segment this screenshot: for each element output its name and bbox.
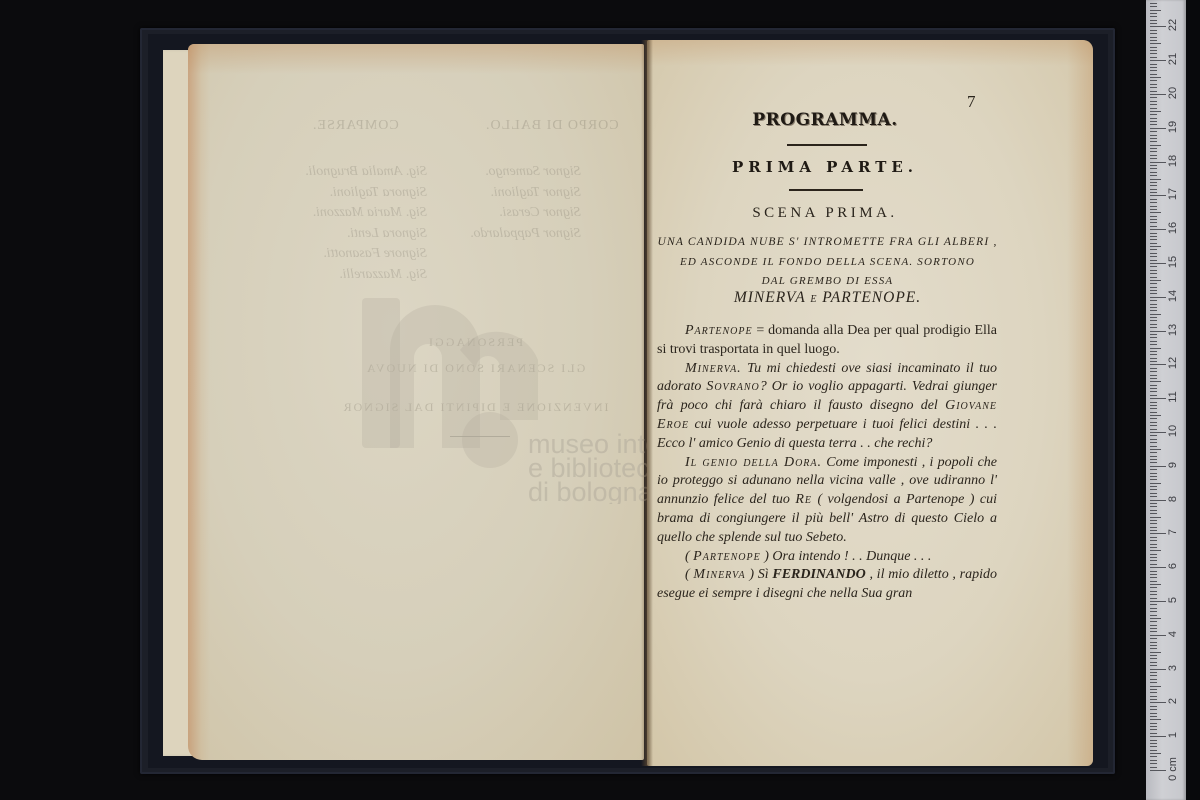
ruler-tick [1150, 604, 1157, 605]
ruler-label: 22 [1167, 15, 1179, 35]
ruler-label: 4 [1167, 624, 1179, 644]
ruler-tick [1150, 280, 1161, 281]
ruler-tick [1150, 506, 1157, 507]
ruler-tick [1150, 527, 1157, 528]
ruler-label: 2 [1167, 691, 1179, 711]
ruler-tick [1150, 182, 1157, 183]
ruler-tick [1150, 37, 1157, 38]
ruler-tick [1150, 442, 1157, 443]
ruler-tick [1150, 544, 1157, 545]
ruler-tick [1150, 391, 1157, 392]
ruler-tick [1150, 185, 1157, 186]
ruler-tick [1150, 23, 1157, 24]
ruler-tick [1150, 452, 1157, 453]
ruler-tick [1150, 621, 1157, 622]
ruler-tick [1150, 550, 1161, 551]
ruler-tick [1150, 513, 1157, 514]
ruler-tick [1150, 229, 1166, 230]
part-title: PRIMA PARTE. [700, 158, 950, 176]
ruler-tick [1150, 324, 1157, 325]
ruler-tick [1150, 327, 1157, 328]
ruler-tick [1150, 20, 1157, 21]
ruler-tick [1150, 686, 1161, 687]
ruler-tick [1150, 43, 1161, 44]
ruler-tick [1150, 675, 1157, 676]
ruler-tick [1150, 371, 1157, 372]
water-stain [188, 44, 210, 760]
ruler-tick [1150, 767, 1157, 768]
ruler-tick [1150, 425, 1157, 426]
ruler-tick [1150, 26, 1166, 27]
ruler-tick [1150, 520, 1157, 521]
ruler-tick [1150, 375, 1157, 376]
ruler-tick [1150, 378, 1157, 379]
ruler-tick [1150, 270, 1157, 271]
ruler-tick [1150, 483, 1161, 484]
ruler-tick [1150, 662, 1157, 663]
ruler-tick [1150, 233, 1157, 234]
ruler-tick [1150, 652, 1161, 653]
ruler-tick [1150, 672, 1157, 673]
measuring-ruler: 0 cm12345678910111213141516171819202122 [1146, 0, 1186, 800]
ruler-tick [1150, 500, 1166, 501]
ruler-label: 3 [1167, 658, 1179, 678]
ruler-tick [1150, 763, 1157, 764]
ruler-tick [1150, 547, 1157, 548]
ruler-tick [1150, 189, 1157, 190]
ruler-tick [1150, 260, 1157, 261]
ruler-tick [1150, 510, 1157, 511]
ruler-tick [1150, 669, 1166, 670]
ruler-tick [1150, 625, 1157, 626]
ruler-label: 5 [1167, 590, 1179, 610]
ruler-tick [1150, 334, 1157, 335]
ruler-tick [1150, 111, 1161, 112]
ruler-tick [1150, 503, 1157, 504]
ruler-tick [1150, 91, 1157, 92]
ruler-tick [1150, 523, 1157, 524]
ruler-tick [1150, 155, 1157, 156]
ruler-tick [1150, 733, 1157, 734]
ruler-tick [1150, 320, 1157, 321]
speaker-name: Partenope [693, 549, 761, 564]
ruler-tick [1150, 97, 1157, 98]
ruler-label: 15 [1167, 252, 1179, 272]
ruler-tick [1150, 381, 1161, 382]
ruler-tick [1150, 608, 1157, 609]
ruler-label: 13 [1167, 320, 1179, 340]
ruler-tick [1150, 493, 1157, 494]
ruler-tick [1150, 246, 1161, 247]
ruler-label: 19 [1167, 117, 1179, 137]
ruler-tick [1150, 30, 1157, 31]
ruler-tick [1150, 486, 1157, 487]
ruler-label: 11 [1167, 387, 1179, 407]
ruler-tick [1150, 743, 1157, 744]
double-rule [787, 144, 867, 146]
ruler-tick [1150, 10, 1161, 11]
ruler-tick [1150, 587, 1157, 588]
ruler-tick [1150, 138, 1157, 139]
ruler-tick [1150, 101, 1157, 102]
museum-logo-watermark [350, 290, 540, 470]
bleed-through-header-a: COMPARSE. [312, 118, 399, 134]
ruler-tick [1150, 530, 1157, 531]
ruler-tick [1150, 577, 1157, 578]
ruler-tick [1150, 33, 1157, 34]
ruler-tick [1150, 638, 1157, 639]
ruler-tick [1150, 293, 1157, 294]
ruler-tick [1150, 361, 1157, 362]
ruler-tick [1150, 310, 1157, 311]
ruler-label: 8 [1167, 489, 1179, 509]
ruler-tick [1150, 517, 1161, 518]
ruler-tick [1150, 584, 1161, 585]
ruler-tick [1150, 124, 1157, 125]
ruler-tick [1150, 222, 1157, 223]
foxing-stain [188, 44, 644, 74]
page-number: 7 [967, 92, 976, 112]
stage-direction-line: Una candida nube s' intromette fra gli a… [655, 236, 1000, 248]
ruler-tick [1150, 121, 1157, 122]
ruler-tick [1150, 567, 1166, 568]
ruler-tick [1150, 533, 1166, 534]
ruler-tick [1150, 273, 1157, 274]
ruler-tick [1150, 141, 1157, 142]
ruler-tick [1150, 74, 1157, 75]
ruler-tick [1150, 40, 1157, 41]
ruler-tick [1150, 760, 1157, 761]
ruler-tick [1150, 618, 1161, 619]
ruler-tick [1150, 195, 1166, 196]
ruler-tick [1150, 706, 1157, 707]
ruler-tick [1150, 53, 1157, 54]
ruler-tick [1150, 94, 1166, 95]
ruler-tick [1150, 753, 1161, 754]
bleed-through-header-b: CORPO DI BALLO. [485, 118, 619, 134]
ruler-tick [1150, 192, 1157, 193]
ruler-tick [1150, 642, 1157, 643]
ruler-tick [1150, 199, 1157, 200]
ruler-tick [1150, 108, 1157, 109]
ruler-tick [1150, 290, 1157, 291]
ruler-tick [1150, 60, 1166, 61]
ruler-tick [1150, 412, 1157, 413]
stage-direction-line: ed asconde il fondo della scena. Sortono [655, 256, 1000, 268]
ruler-tick [1150, 473, 1157, 474]
ruler-tick [1150, 665, 1157, 666]
ruler-tick [1150, 746, 1157, 747]
characters-line: MINERVA e PARTENOPE. [655, 289, 1000, 307]
ruler-tick [1150, 631, 1157, 632]
ruler-tick [1150, 202, 1157, 203]
ruler-tick [1150, 456, 1157, 457]
ruler-label: 6 [1167, 556, 1179, 576]
ruler-tick [1150, 175, 1157, 176]
ruler-tick [1150, 179, 1161, 180]
ruler-tick [1150, 449, 1161, 450]
ruler-tick [1150, 628, 1157, 629]
ruler-tick [1150, 699, 1157, 700]
ruler-tick [1150, 560, 1157, 561]
ruler-tick [1150, 696, 1157, 697]
ruler-label: 0 cm [1167, 752, 1179, 786]
ruler-tick [1150, 337, 1157, 338]
ruler-tick [1150, 429, 1157, 430]
ruler-tick [1150, 635, 1166, 636]
ruler-label: 21 [1167, 49, 1179, 69]
ruler-tick [1150, 172, 1157, 173]
ruler-tick [1150, 158, 1157, 159]
ruler-shadow [1186, 0, 1200, 800]
ruler-tick [1150, 351, 1157, 352]
programma-heading: PROGRAMMA. [700, 110, 950, 130]
ruler-tick [1150, 70, 1157, 71]
ruler-tick [1150, 344, 1157, 345]
ruler-tick [1150, 594, 1157, 595]
ruler-tick [1150, 358, 1157, 359]
ruler-tick [1150, 726, 1157, 727]
ruler-tick [1150, 658, 1157, 659]
ruler-tick [1150, 601, 1166, 602]
ruler-tick [1150, 736, 1166, 737]
ruler-label: 12 [1167, 353, 1179, 373]
ruler-tick [1150, 256, 1157, 257]
ruler-label: 9 [1167, 455, 1179, 475]
ruler-tick [1150, 466, 1166, 467]
ruler-tick [1150, 209, 1157, 210]
ruler-tick [1150, 80, 1157, 81]
ruler-tick [1150, 740, 1157, 741]
ruler-label: 16 [1167, 218, 1179, 238]
ruler-label: 20 [1167, 83, 1179, 103]
ruler-label: 14 [1167, 286, 1179, 306]
ruler-tick [1150, 398, 1166, 399]
ruler-tick [1150, 3, 1157, 4]
ruler-tick [1150, 591, 1157, 592]
ruler-tick [1150, 307, 1157, 308]
ruler-tick [1150, 422, 1157, 423]
ruler-tick [1150, 266, 1157, 267]
ruler-tick [1150, 395, 1157, 396]
ruler-tick [1150, 145, 1161, 146]
ruler-tick [1150, 206, 1157, 207]
paragraph-partenope: Partenope = domanda alla Dea per qual pr… [657, 322, 997, 360]
ruler-tick [1150, 598, 1157, 599]
ruler-tick [1150, 564, 1157, 565]
ruler-tick [1150, 168, 1157, 169]
ruler-tick [1150, 263, 1166, 264]
ruler-tick [1150, 216, 1157, 217]
stage-direction-line: dal grembo di essa [655, 275, 1000, 287]
ruler-tick [1150, 297, 1166, 298]
ruler-tick [1150, 277, 1157, 278]
ruler-tick [1150, 756, 1157, 757]
ruler-tick [1150, 314, 1161, 315]
ruler-tick [1150, 439, 1157, 440]
bleed-through-list-b: Sig. Amalia Brugnoli. Signora Taglioni. … [305, 162, 427, 285]
ruler-tick [1150, 723, 1157, 724]
ruler-tick [1150, 489, 1157, 490]
ruler-tick [1150, 574, 1157, 575]
paragraph-genio: Il genio della Dora. Come imponesti , i … [657, 454, 997, 548]
ruler-tick [1150, 388, 1157, 389]
ruler-tick [1150, 50, 1157, 51]
ruler-tick [1150, 469, 1157, 470]
ruler-tick [1150, 770, 1166, 771]
ruler-tick [1150, 476, 1157, 477]
paragraph-minerva: Minerva. Tu mi chiedesti ove siasi incam… [657, 360, 997, 454]
scene-title: SCENA PRIMA. [700, 205, 950, 222]
speaker-name: Minerva. [685, 361, 742, 376]
edge-stain [1067, 40, 1093, 766]
ruler-tick [1150, 287, 1157, 288]
ruler-tick [1150, 682, 1157, 683]
ruler-tick [1150, 615, 1157, 616]
ruler-tick [1150, 408, 1157, 409]
ruler-tick [1150, 364, 1166, 365]
ruler-tick [1150, 239, 1157, 240]
ruler-label: 7 [1167, 522, 1179, 542]
ruler-tick [1150, 57, 1157, 58]
ruler-label: 1 [1167, 725, 1179, 745]
museum-text-watermark: museo internazionalee biblioteca della m… [528, 432, 650, 504]
book-gutter [641, 40, 653, 766]
ruler-tick [1150, 750, 1157, 751]
ruler-tick [1150, 581, 1157, 582]
ruler-tick [1150, 77, 1161, 78]
ruler-tick [1150, 47, 1157, 48]
ruler-tick [1150, 64, 1157, 65]
ruler-tick [1150, 405, 1157, 406]
ruler-tick [1150, 341, 1157, 342]
ruler-tick [1150, 496, 1157, 497]
ruler-label: 17 [1167, 184, 1179, 204]
ruler-tick [1150, 236, 1157, 237]
ruler-tick [1150, 557, 1157, 558]
ruler-tick [1150, 249, 1157, 250]
rule [789, 189, 863, 191]
ruler-label: 10 [1167, 421, 1179, 441]
ruler-tick [1150, 432, 1166, 433]
ruler-tick [1150, 611, 1157, 612]
ruler-tick [1150, 348, 1161, 349]
ruler-tick [1150, 212, 1161, 213]
ruler-tick [1150, 713, 1157, 714]
ruler-tick [1150, 243, 1157, 244]
ruler-tick [1150, 689, 1157, 690]
ruler-tick [1150, 402, 1157, 403]
ruler-tick [1150, 114, 1157, 115]
ruler-tick [1150, 459, 1157, 460]
ruler-tick [1150, 16, 1157, 17]
ruler-tick [1150, 135, 1157, 136]
ruler-tick [1150, 300, 1157, 301]
ruler-tick [1150, 554, 1157, 555]
ruler-tick [1150, 253, 1157, 254]
ruler-tick [1150, 6, 1157, 7]
ruler-tick [1150, 226, 1157, 227]
ruler-tick [1150, 716, 1157, 717]
ruler-tick [1150, 385, 1157, 386]
speaker-name: Il genio della Dora. [685, 455, 822, 470]
ruler-tick [1150, 118, 1157, 119]
ruler-tick [1150, 131, 1157, 132]
ruler-tick [1150, 540, 1157, 541]
ruler-tick [1150, 702, 1166, 703]
ruler-tick [1150, 304, 1157, 305]
ruler-tick [1150, 148, 1157, 149]
ruler-tick [1150, 283, 1157, 284]
ruler-tick [1150, 679, 1157, 680]
ruler-tick [1150, 729, 1157, 730]
ruler-tick [1150, 655, 1157, 656]
ruler-tick [1150, 162, 1166, 163]
ruler-tick [1150, 571, 1157, 572]
speaker-name: Partenope [685, 323, 753, 338]
ruler-tick [1150, 13, 1157, 14]
ruler-tick [1150, 67, 1157, 68]
ruler-tick [1150, 418, 1157, 419]
ruler-tick [1150, 354, 1157, 355]
ruler-tick [1150, 84, 1157, 85]
ruler-tick [1150, 331, 1166, 332]
bleed-through-list-a: Signor Samengo. Signor Taglioni. Signor … [470, 162, 581, 244]
speaker-name: Minerva [693, 567, 745, 582]
ruler-tick [1150, 462, 1157, 463]
ruler-tick [1150, 317, 1157, 318]
ruler-tick [1150, 537, 1157, 538]
ruler-tick [1150, 165, 1157, 166]
ruler-label: 18 [1167, 151, 1179, 171]
ruler-tick [1150, 415, 1161, 416]
ruler-tick [1150, 719, 1161, 720]
ruler-tick [1150, 435, 1157, 436]
ruler-tick [1150, 446, 1157, 447]
ruler-tick [1150, 219, 1157, 220]
ruler-tick [1150, 151, 1157, 152]
ruler-tick [1150, 87, 1157, 88]
ruler-tick [1150, 479, 1157, 480]
ruler-tick [1150, 692, 1157, 693]
ruler-tick [1150, 645, 1157, 646]
dialogue-body: Partenope = domanda alla Dea per qual pr… [657, 322, 997, 604]
ruler-tick [1150, 368, 1157, 369]
ruler-tick [1150, 128, 1166, 129]
foxing-stain [647, 40, 1093, 66]
paragraph-partenope-2: ( Partenope ) Ora intendo ! . . Dunque .… [657, 548, 997, 567]
paragraph-minerva-2: ( Minerva ) Sì FERDINANDO , il mio dilet… [657, 566, 997, 604]
ruler-tick [1150, 104, 1157, 105]
ruler-tick [1150, 709, 1157, 710]
ruler-tick [1150, 648, 1157, 649]
